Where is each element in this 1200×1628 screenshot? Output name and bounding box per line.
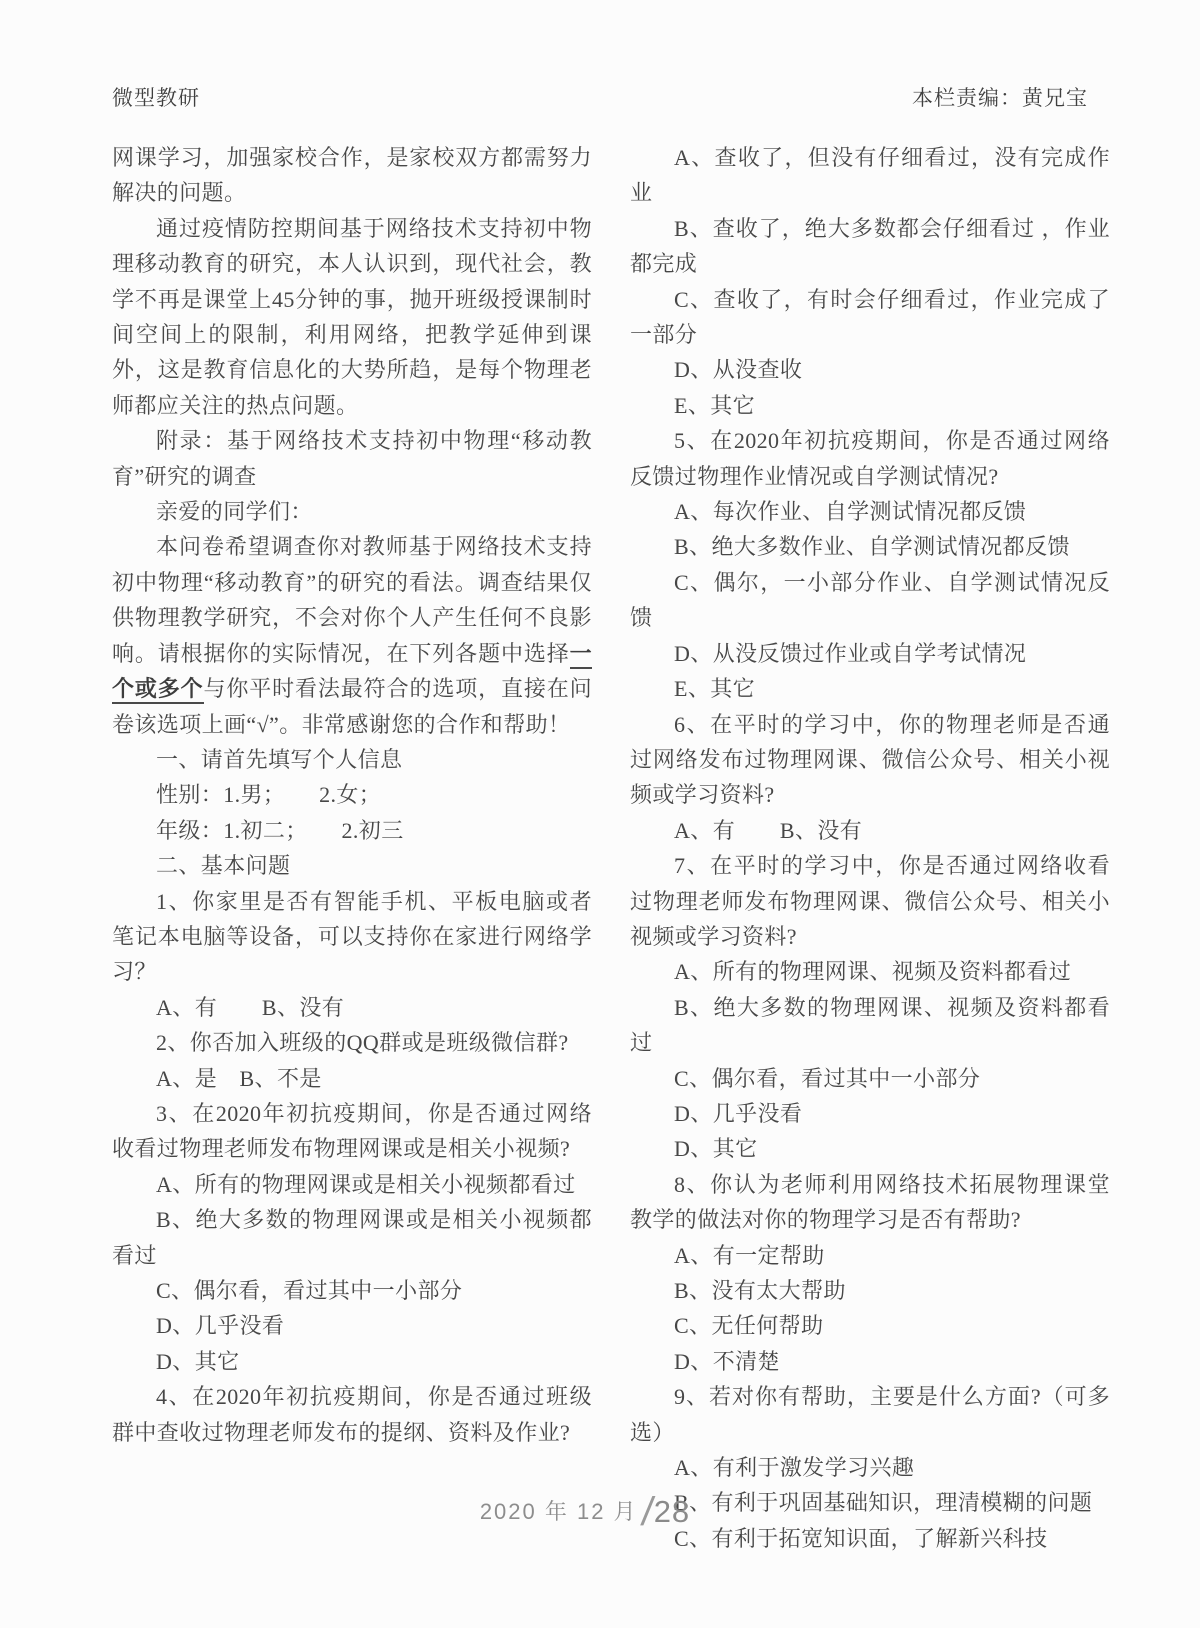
question-2: 2、你否加入班级的QQ群或是班级微信群? [112,1025,592,1060]
editor-credit: 本栏责编：黄兄宝 [912,82,1088,112]
page-header: 微型教研 本栏责编：黄兄宝 [112,82,1088,112]
column-title: 微型教研 [112,82,200,112]
intro-pre-text: 本问卷希望调查你对教师基于网络技术支持初中物理“移动教育”的研究的看法。调查结果… [112,534,592,665]
question-8-option-b: B、没有太大帮助 [630,1273,1110,1308]
body-paragraph: 网课学习，加强家校合作，是家校双方都需努力解决的问题。 [112,140,592,211]
question-5-option-e: E、其它 [630,671,1110,706]
question-4-option-d: D、从没查收 [630,352,1110,387]
question-5: 5、在2020年初抗疫期间，你是否通过网络反馈过物理作业情况或自学测试情况? [630,423,1110,494]
left-column: 网课学习，加强家校合作，是家校双方都需努力解决的问题。 通过疫情防控期间基于网络… [112,140,592,1556]
question-7: 7、在平时的学习中，你是否通过网络收看过物理老师发布物理网课、微信公众号、相关小… [630,848,1110,954]
question-4-option-b: B、查收了，绝大多数都会仔细看过 ，作业都完成 [630,211,1110,282]
question-6: 6、在平时的学习中，你的物理老师是否通过网络发布过物理网课、微信公众号、相关小视… [630,707,1110,813]
question-3-option-b: B、绝大多数的物理网课或是相关小视频都看过 [112,1202,592,1273]
right-column: A、查收了，但没有仔细看过，没有完成作业 B、查收了，绝大多数都会仔细看过 ，作… [630,140,1110,1556]
question-8-option-a: A、有一定帮助 [630,1238,1110,1273]
question-9-option-a: A、有利于激发学习兴趣 [630,1450,1110,1485]
issue-date: 2020 年 12 月 [480,1499,638,1524]
question-8-option-c: C、无任何帮助 [630,1308,1110,1343]
question-4-option-a: A、查收了，但没有仔细看过，没有完成作业 [630,140,1110,211]
question-7-option-e: D、其它 [630,1131,1110,1166]
question-3-option-c: C、偶尔看，看过其中一小部分 [112,1273,592,1308]
question-2-options: A、是 B、不是 [112,1061,592,1096]
question-7-option-c: C、偶尔看，看过其中一小部分 [630,1061,1110,1096]
gender-field: 性别：1.男； 2.女； [112,777,592,812]
question-3: 3、在2020年初抗疫期间，你是否通过网络收看过物理老师发布物理网课或是相关小视… [112,1096,592,1167]
question-6-options: A、有 B、没有 [630,813,1110,848]
question-4-option-e: E、其它 [630,388,1110,423]
question-8-option-d: D、不清楚 [630,1344,1110,1379]
question-9: 9、若对你有帮助，主要是什么方面?（可多选） [630,1379,1110,1450]
page-number: 28 [654,1494,690,1529]
question-3-option-a: A、所有的物理网课或是相关小视频都看过 [112,1167,592,1202]
question-7-option-d: D、几乎没看 [630,1096,1110,1131]
question-7-option-a: A、所有的物理网课、视频及资料都看过 [630,954,1110,989]
two-column-body: 网课学习，加强家校合作，是家校双方都需努力解决的问题。 通过疫情防控期间基于网络… [112,140,1110,1556]
question-8: 8、你认为老师利用网络技术拓展物理课堂教学的做法对你的物理学习是否有帮助? [630,1167,1110,1238]
salutation: 亲爱的同学们： [112,494,592,529]
page-footer: 2020 年 12 月/28 [0,1490,1170,1535]
question-5-option-b: B、绝大多数作业、自学测试情况都反馈 [630,529,1110,564]
document-page: 微型教研 本栏责编：黄兄宝 网课学习，加强家校合作，是家校双方都需努力解决的问题… [0,0,1200,1628]
question-1-options: A、有 B、没有 [112,990,592,1025]
body-paragraph: 通过疫情防控期间基于网络技术支持初中物理移动教育的研究，本人认识到，现代社会，教… [112,211,592,423]
question-1: 1、你家里是否有智能手机、平板电脑或者笔记本电脑等设备，可以支持你在家进行网络学… [112,884,592,990]
question-4: 4、在2020年初抗疫期间，你是否通过班级群中查收过物理老师发布的提纲、资料及作… [112,1379,592,1450]
section-heading-two: 二、基本问题 [112,848,592,883]
question-5-option-d: D、从没反馈过作业或自学考试情况 [630,636,1110,671]
question-3-option-d: D、几乎没看 [112,1308,592,1343]
question-5-option-a: A、每次作业、自学测试情况都反馈 [630,494,1110,529]
question-4-option-c: C、查收了，有时会仔细看过，作业完成了一部分 [630,282,1110,353]
survey-intro-paragraph: 本问卷希望调查你对教师基于网络技术支持初中物理“移动教育”的研究的看法。调查结果… [112,529,592,741]
question-7-option-b: B、绝大多数的物理网课、视频及资料都看过 [630,990,1110,1061]
question-3-option-e: D、其它 [112,1344,592,1379]
section-heading-one: 一、请首先填写个人信息 [112,742,592,777]
question-5-option-c: C、偶尔，一小部分作业、自学测试情况反馈 [630,565,1110,636]
appendix-title: 附录：基于网络技术支持初中物理“移动教育”研究的调查 [112,423,592,494]
grade-field: 年级：1.初二； 2.初三 [112,813,592,848]
